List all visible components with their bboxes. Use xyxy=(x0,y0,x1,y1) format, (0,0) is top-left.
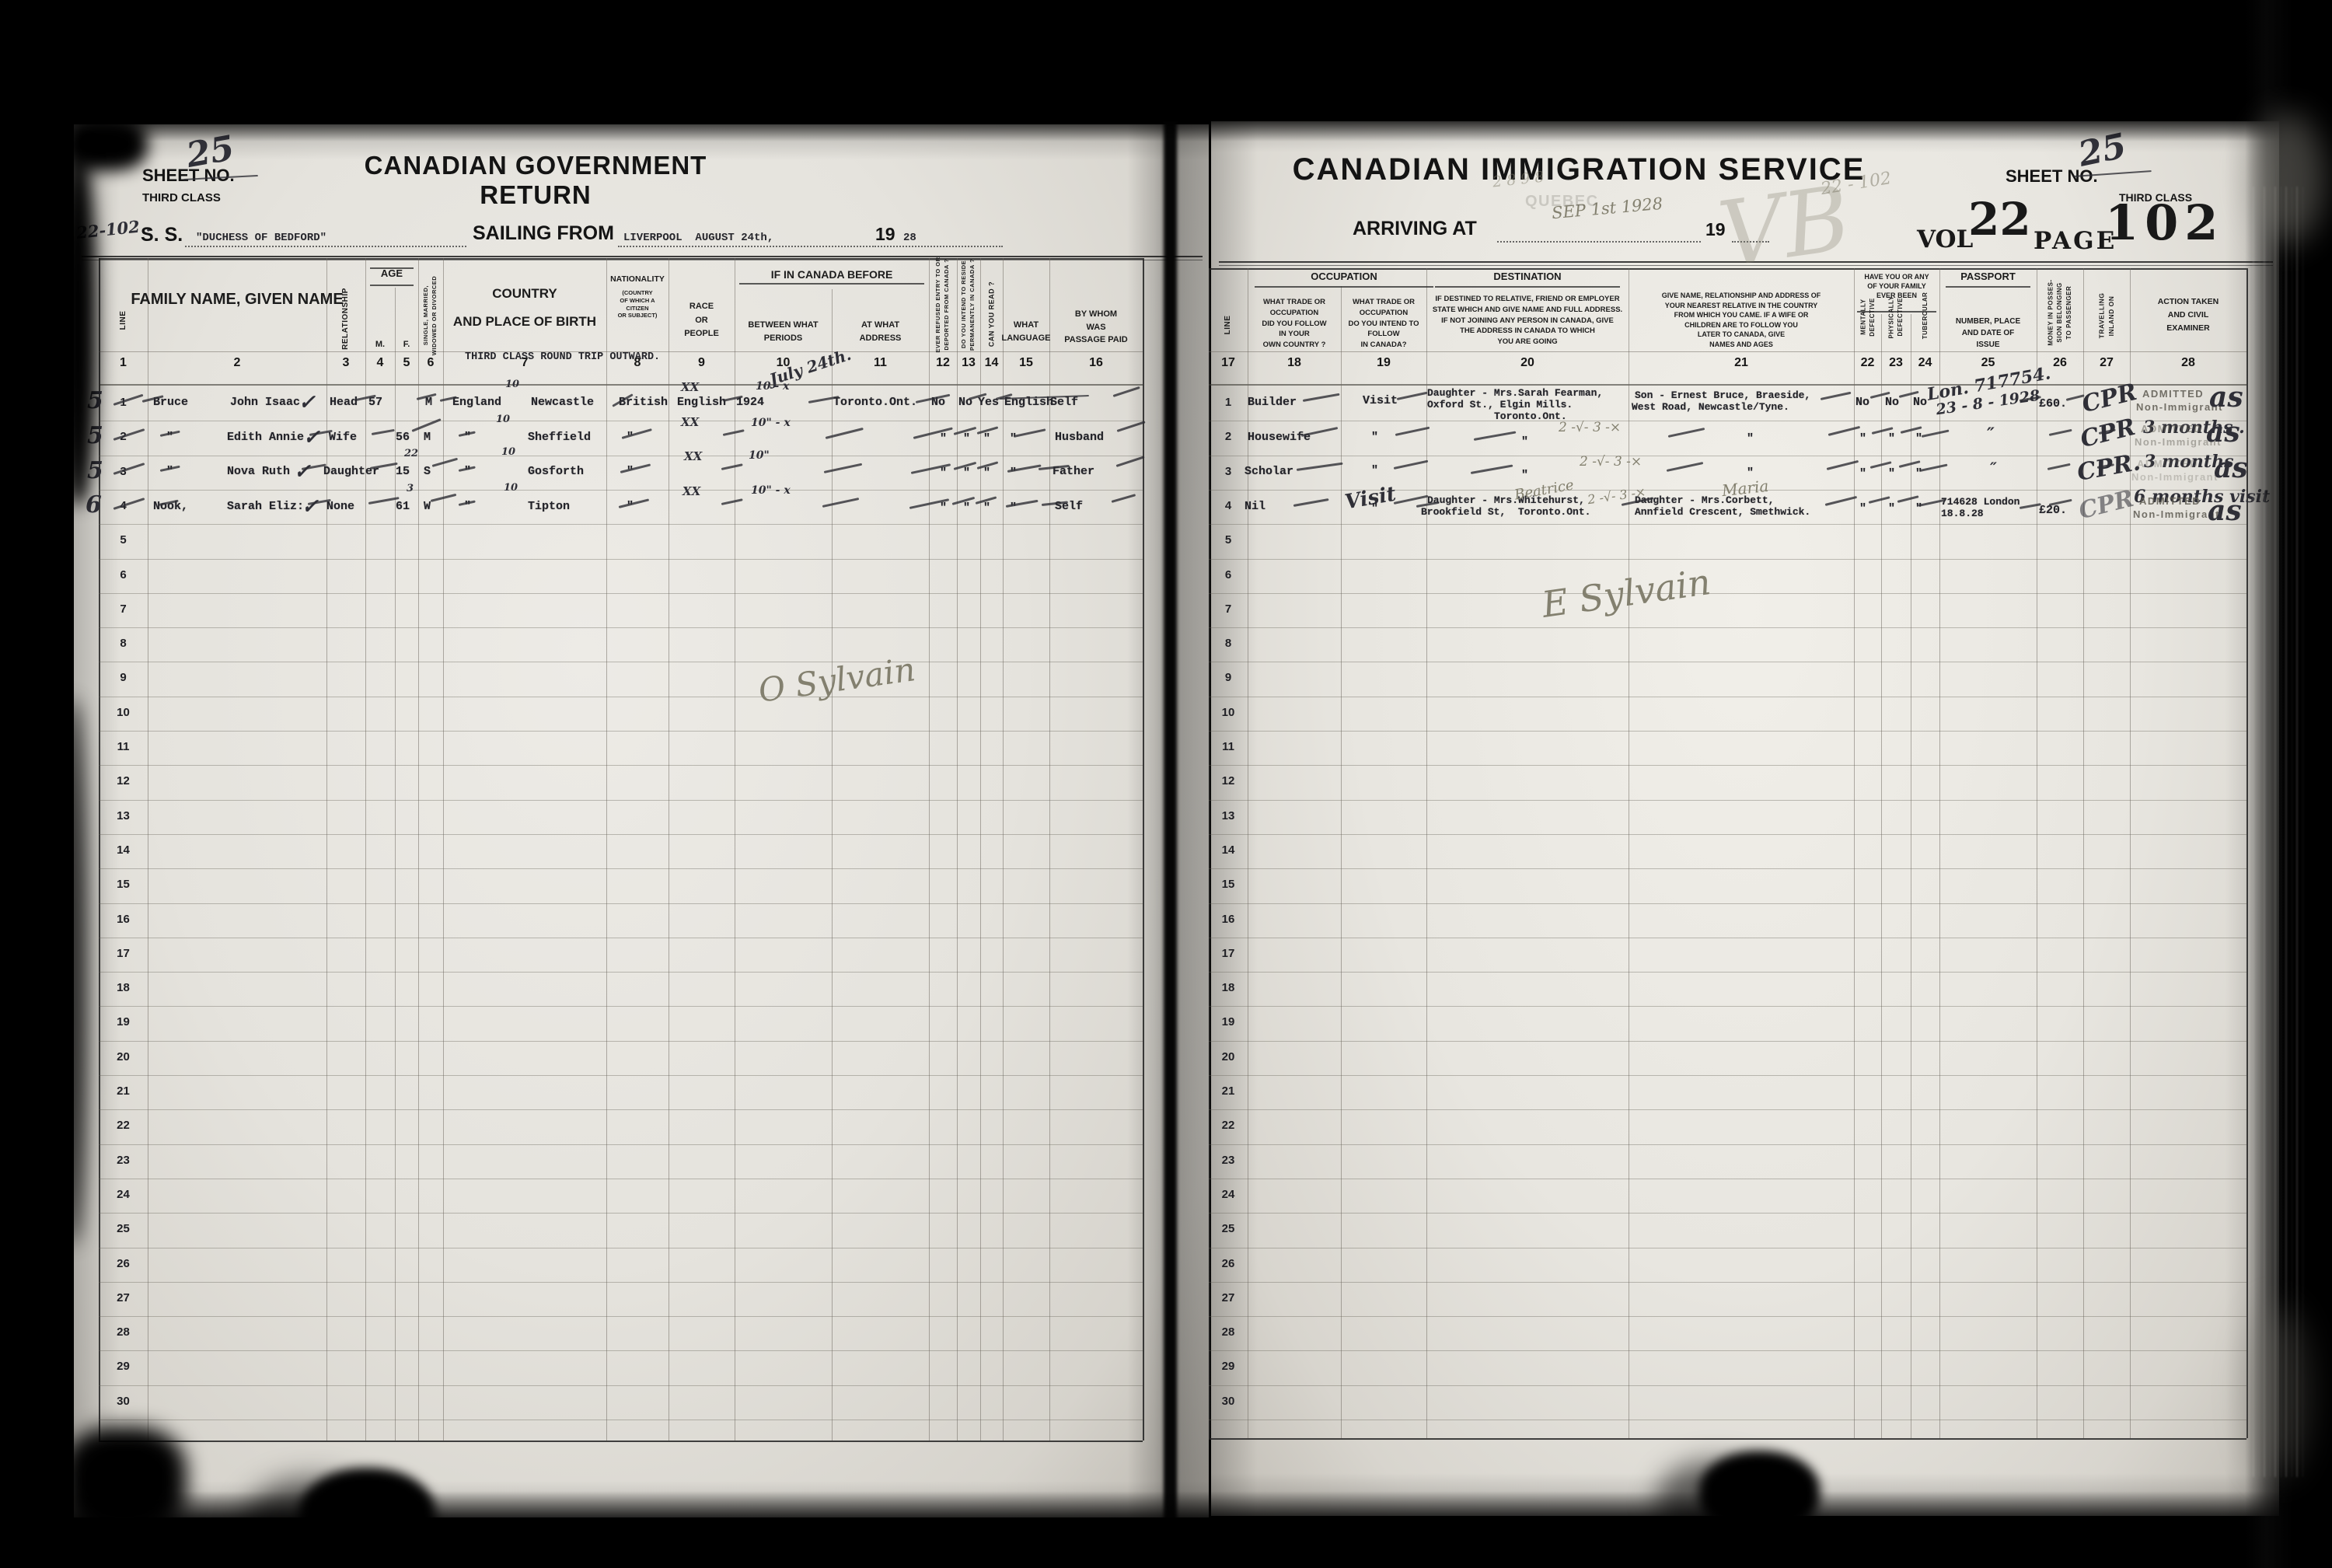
handwritten-note: 2 -√- 3 -× xyxy=(1580,454,1642,470)
typed-entry: Housewife xyxy=(1248,431,1311,444)
line-number: 23 xyxy=(1222,1154,1235,1167)
grid-vline xyxy=(2037,268,2037,1438)
column-header-14: CAN YOU READ ? xyxy=(986,281,997,347)
line-number: 18 xyxy=(117,981,130,994)
grid-vline xyxy=(443,258,444,1441)
column-header-9: RACE OR PEOPLE xyxy=(684,300,719,341)
left-header-rule xyxy=(82,256,1203,257)
typed-entry: £20. xyxy=(2039,504,2067,517)
sailing-from-value: LIVERPOOL AUGUST 24th, xyxy=(623,232,773,244)
typed-entry: " xyxy=(1888,432,1895,445)
grid-hline xyxy=(1209,765,2246,766)
line-number: 6 xyxy=(120,568,126,581)
sailing-from-label: SAILING FROM xyxy=(473,222,614,245)
grid-hline xyxy=(1209,1144,2246,1145)
column-header-1: LINE xyxy=(117,311,129,330)
column-header-12: EVER REFUSED ENTRY TO OR DEPORTED FROM C… xyxy=(934,257,951,352)
typed-entry: West Road, Newcastle/Tyne. xyxy=(1632,401,1789,413)
handwritten-note: 3 xyxy=(407,483,414,494)
grid-hline xyxy=(99,559,1143,560)
grid-hline xyxy=(1209,1075,2246,1076)
typed-entry: Brookfield St, Toronto.Ont. xyxy=(1421,506,1590,518)
line-number: 22 xyxy=(117,1119,130,1132)
band-passport: PASSPORT xyxy=(1960,271,2016,284)
left-header-rule2 xyxy=(82,260,1203,260)
column-number-27: 27 xyxy=(2100,356,2114,370)
band-destination: DESTINATION xyxy=(1493,271,1561,284)
grid-vline xyxy=(957,258,958,1441)
column-header-8: NATIONALITY xyxy=(610,274,665,285)
band-passport-rule xyxy=(1946,286,2030,288)
grid-hline xyxy=(99,1109,1143,1110)
line-number: 15 xyxy=(117,878,130,891)
grid-hline xyxy=(1209,1316,2246,1317)
handwritten-note: ✓ xyxy=(303,426,320,449)
column-number-3: 3 xyxy=(343,356,350,370)
grid-hline xyxy=(1209,1109,2246,1110)
handwritten-note: 10 - x xyxy=(756,380,789,393)
column-number-24: 24 xyxy=(1918,356,1932,370)
grid-hline xyxy=(1209,559,2246,560)
typed-entry: Nil xyxy=(1245,500,1265,513)
line-number: 11 xyxy=(1222,740,1234,753)
typed-entry: Gosforth xyxy=(528,465,584,478)
grid-hline xyxy=(99,834,1143,835)
grid-hline xyxy=(1209,697,2246,697)
column-header-28: ACTION TAKEN AND CIVIL EXAMINER xyxy=(2158,295,2219,334)
column-number-16: 16 xyxy=(1089,356,1103,370)
grid-hline xyxy=(1209,1438,2246,1440)
grid-hline xyxy=(1209,1041,2246,1042)
grid-hline xyxy=(1209,1213,2246,1214)
grid-vline xyxy=(395,288,396,1441)
grid-hline xyxy=(1209,731,2246,732)
column-header-20: IF DESTINED TO RELATIVE, FRIEND OR EMPLO… xyxy=(1433,294,1622,347)
line-number: 12 xyxy=(117,774,130,787)
typed-entry: " xyxy=(1521,435,1528,449)
column-header-10: BETWEEN WHAT PERIODS xyxy=(748,319,818,344)
arriving-at-label: ARRIVING AT xyxy=(1353,218,1477,240)
line-number: 16 xyxy=(1222,913,1235,926)
typed-entry: Toronto.Ont. xyxy=(1494,410,1567,422)
column-number-22: 22 xyxy=(1861,356,1875,370)
typed-entry: W xyxy=(424,500,431,513)
column-header-4: M. xyxy=(375,339,385,351)
grid-hline xyxy=(1209,1350,2246,1351)
grid-vline xyxy=(1911,314,1911,1438)
typed-entry: 15 xyxy=(396,465,410,478)
typed-entry: £60. xyxy=(2039,397,2067,410)
typed-entry: " xyxy=(1371,464,1378,477)
typed-entry: " xyxy=(963,501,970,515)
typed-entry: 714628 London xyxy=(1941,496,2020,508)
line-number: 26 xyxy=(117,1257,130,1270)
grid-hline xyxy=(1209,868,2246,869)
column-number-6: 6 xyxy=(428,356,435,370)
band-occupation: OCCUPATION xyxy=(1311,271,1377,284)
typed-entry: " xyxy=(1888,502,1895,515)
typed-entry: 61 xyxy=(396,500,410,513)
typed-entry: " xyxy=(1371,431,1378,444)
typed-entry: Son - Ernest Bruce, Braeside, xyxy=(1635,389,1810,401)
handwritten-note: 6 xyxy=(86,491,102,519)
line-number: 17 xyxy=(117,947,130,960)
band-age: AGE xyxy=(381,267,403,281)
line-number: 25 xyxy=(117,1222,130,1235)
line-number: 21 xyxy=(117,1084,130,1098)
column-header-18: WHAT TRADE OR OCCUPATION DID YOU FOLLOW … xyxy=(1262,297,1326,351)
typed-entry: Builder xyxy=(1248,396,1297,409)
column-header-23: PHYSICALLY DEFECTIVE xyxy=(1887,296,1904,339)
typed-entry: Scholar xyxy=(1245,465,1293,478)
grid-vline xyxy=(832,289,833,1441)
handwritten-note: 10" xyxy=(749,449,770,462)
grid-hline xyxy=(99,1179,1143,1179)
grid-hline xyxy=(99,1213,1143,1214)
typed-entry: English xyxy=(677,396,726,409)
column-header-3: RELATIONSHIP xyxy=(340,288,352,350)
grid-hline xyxy=(99,524,1143,525)
line-number: 10 xyxy=(117,706,130,719)
typed-entry: Daughter - Mrs.Whitehurst, xyxy=(1427,494,1585,506)
grid-vline xyxy=(606,258,607,1441)
grid-vline xyxy=(418,258,419,1441)
grid-vline xyxy=(1426,268,1427,1438)
grid-vline xyxy=(1854,268,1855,1438)
vol-label: VOL xyxy=(1917,225,1973,253)
grid-hline xyxy=(1209,627,2246,628)
line-number: 22 xyxy=(1222,1119,1235,1132)
grid-hline xyxy=(99,938,1143,938)
grid-vline xyxy=(1629,268,1629,1438)
trip-note: THIRD CLASS ROUND TRIP OUTWARD. xyxy=(465,351,660,363)
line-number: 7 xyxy=(1225,602,1231,616)
line-number: 27 xyxy=(117,1291,130,1304)
arriving-leader xyxy=(1497,241,1701,243)
vol-value: 22 xyxy=(1968,193,2031,246)
grid-hline xyxy=(1209,1420,2246,1420)
typed-entry: Edith Annie xyxy=(227,431,304,444)
grid-hline xyxy=(1209,662,2246,662)
grid-hline xyxy=(99,1385,1143,1386)
column-number-12: 12 xyxy=(936,356,950,370)
column-number-5: 5 xyxy=(403,356,410,370)
grid-hline xyxy=(1209,456,2246,456)
band-age-rule2 xyxy=(370,285,414,286)
column-number-18: 18 xyxy=(1287,356,1301,370)
grid-hline xyxy=(1209,1248,2246,1248)
grid-hline xyxy=(1209,903,2246,904)
column-header-21: GIVE NAME, RELATIONSHIP AND ADDRESS OF Y… xyxy=(1662,291,1821,350)
sailing-leader xyxy=(618,246,871,247)
line-number: 13 xyxy=(1222,809,1235,822)
grid-hline xyxy=(1209,524,2246,525)
typed-entry: No xyxy=(1913,396,1927,409)
line-number: 6 xyxy=(1225,568,1231,581)
typed-entry: Newcastle xyxy=(531,396,594,409)
stamp-text: ADMITTED xyxy=(2141,423,2202,435)
stamp-text: QUEBEC xyxy=(1525,193,1599,211)
column-header-27: TRAVELLING INLAND ON xyxy=(2097,293,2117,339)
typed-entry: S xyxy=(424,465,431,478)
typed-entry: Wife xyxy=(329,431,357,444)
band-family-rule xyxy=(1857,311,1936,313)
handwritten-note: 10 xyxy=(504,482,518,494)
column-number-13: 13 xyxy=(962,356,976,370)
manifest-scan: SHEET NO. 25 THIRD CLASS 22-102 . CANADI… xyxy=(0,0,2332,1568)
column-number-19: 19 xyxy=(1377,356,1391,370)
grid-hline xyxy=(99,868,1143,869)
typed-entry: Tipton xyxy=(528,500,570,513)
typed-entry: Husband xyxy=(1055,431,1104,444)
column-number-20: 20 xyxy=(1520,356,1534,370)
grid-vline xyxy=(980,258,981,1441)
line-number: 20 xyxy=(1222,1050,1235,1063)
typed-entry: " xyxy=(983,501,990,515)
column-number-1: 1 xyxy=(120,356,127,370)
grid-hline xyxy=(1209,834,2246,835)
line-number: 23 xyxy=(117,1154,130,1167)
line-number: 13 xyxy=(117,809,130,822)
column-number-21: 21 xyxy=(1734,356,1748,370)
grid-vline xyxy=(2246,268,2248,1438)
line-number: 30 xyxy=(117,1395,130,1408)
stamp-text: ADMITTED xyxy=(2139,495,2201,507)
typed-entry: " xyxy=(1915,432,1922,445)
typed-entry: Self xyxy=(1050,396,1078,409)
grid-hline xyxy=(99,731,1143,732)
typed-entry: " xyxy=(1859,467,1866,480)
left-year-value: 28 xyxy=(903,232,916,244)
handwritten-note: 10 xyxy=(496,414,510,425)
grid-vline xyxy=(669,258,669,1441)
line-number: 9 xyxy=(120,671,126,684)
handwritten-note: XX xyxy=(684,449,702,463)
column-header-25: NUMBER, PLACE AND DATE OF ISSUE xyxy=(1956,316,2020,351)
typed-entry: " xyxy=(963,466,970,480)
grid-hline xyxy=(99,662,1143,662)
column-header-17: LINE xyxy=(1223,316,1234,335)
grid-vline xyxy=(929,258,930,1441)
line-number: 28 xyxy=(1222,1325,1235,1339)
column-number-14: 14 xyxy=(985,356,999,370)
typed-entry: " xyxy=(940,501,947,515)
grid-hline xyxy=(99,972,1143,973)
handwritten-note: 5 xyxy=(87,457,103,484)
line-number: 11 xyxy=(117,740,130,753)
band-destination-rule xyxy=(1435,286,1620,288)
grid-hline xyxy=(99,1006,1143,1007)
band-occupation-rule xyxy=(1255,286,1433,288)
handwritten-note: as xyxy=(2209,381,2243,414)
line-number: 9 xyxy=(1225,671,1231,684)
grid-hline xyxy=(1209,1006,2246,1007)
line-number: 16 xyxy=(117,913,130,926)
line-number: 10 xyxy=(1222,706,1235,719)
column-header-16: BY WHOM WAS PASSAGE PAID xyxy=(1064,308,1128,347)
grid-hline xyxy=(99,593,1143,594)
grid-vline xyxy=(735,258,735,1441)
line-number: 14 xyxy=(1222,843,1235,857)
line-number: 26 xyxy=(1222,1257,1235,1270)
left-year-prefix: 19 xyxy=(875,224,895,245)
page-number-value: 102 xyxy=(2105,194,2224,251)
typed-entry: No xyxy=(1855,396,1869,409)
top-black-band xyxy=(0,0,2332,121)
typed-entry: None xyxy=(326,500,354,513)
grid-vline xyxy=(1143,258,1144,1441)
line-number: 14 xyxy=(117,843,130,857)
handwritten-note: 5 xyxy=(87,387,103,414)
typed-entry: Nova Ruth xyxy=(227,465,290,478)
line-number: 7 xyxy=(120,602,126,616)
column-header-19: WHAT TRADE OR OCCUPATION DO YOU INTEND T… xyxy=(1349,297,1419,351)
handwritten-note: 2 -√- 3 -× xyxy=(1559,420,1621,435)
bottom-black-band xyxy=(0,1517,2332,1568)
grid-hline xyxy=(99,627,1143,628)
typed-entry: " xyxy=(1521,469,1528,482)
grid-vline xyxy=(1209,268,1210,1438)
line-number: 21 xyxy=(1222,1084,1235,1098)
grid-hline xyxy=(99,384,1143,386)
line-number: 29 xyxy=(117,1360,130,1373)
grid-hline xyxy=(99,1420,1143,1420)
column-number-11: 11 xyxy=(874,356,887,370)
line-number: 20 xyxy=(117,1050,130,1063)
grid-hline xyxy=(99,1441,1143,1442)
grid-vline xyxy=(1341,286,1342,1438)
stamp-text: Non-Immigrant xyxy=(2131,471,2219,483)
column-header-26: MONEY IN POSSES- SION BELONGING TO PASSE… xyxy=(2047,279,2074,345)
grid-vline xyxy=(148,258,148,1441)
handwritten-note: 10 xyxy=(501,446,515,458)
grid-hline xyxy=(1209,1282,2246,1283)
typed-entry: 18.8.28 xyxy=(1941,508,1984,519)
column-header-7: COUNTRY AND PLACE OF BIRTH xyxy=(453,280,596,335)
ship-name-leader xyxy=(185,246,466,247)
typed-entry: " xyxy=(1747,432,1754,445)
line-number: 12 xyxy=(1222,774,1235,787)
grid-hline xyxy=(1209,1385,2246,1386)
line-number: 3 xyxy=(1225,465,1231,478)
grid-hline xyxy=(99,1248,1143,1248)
stamp-text: ADMITTED xyxy=(2137,458,2198,470)
typed-entry: " xyxy=(983,432,990,445)
grid-hline xyxy=(99,1316,1143,1317)
typed-entry: " xyxy=(963,432,970,445)
typed-entry: Sheffield xyxy=(528,431,591,444)
line-number: 17 xyxy=(1222,947,1235,960)
column-number-2: 2 xyxy=(234,356,241,370)
typed-entry: Daughter - Mrs.Sarah Fearman, xyxy=(1427,387,1603,399)
grid-hline xyxy=(99,456,1143,456)
typed-entry: Toronto.Ont. xyxy=(833,396,917,409)
left-black-band xyxy=(0,0,74,1568)
typed-entry: " xyxy=(983,466,990,480)
column-number-26: 26 xyxy=(2053,356,2067,370)
column-number-28: 28 xyxy=(2181,356,2195,370)
typed-entry: Oxford St., Elgin Mills. xyxy=(1427,399,1573,410)
handwritten-note: 10 xyxy=(505,379,519,390)
column-number-9: 9 xyxy=(698,356,705,370)
column-header-2: FAMILY NAME, GIVEN NAME xyxy=(131,289,343,310)
column-number-7: 7 xyxy=(522,356,529,370)
handwritten-note: ✓ xyxy=(302,495,319,519)
grid-hline xyxy=(1209,593,2246,594)
line-number: 15 xyxy=(1222,878,1235,891)
typed-entry: " xyxy=(1888,467,1895,480)
column-header-13: DO YOU INTEND TO RESIDE PERMANENTLY IN C… xyxy=(960,259,977,351)
handwritten-note: XX xyxy=(681,380,699,394)
handwritten-note: as xyxy=(2206,416,2240,449)
line-number: 24 xyxy=(117,1188,130,1201)
column-header-6: SINGLE, MARRIED, WIDOWED OR DIVORCED xyxy=(422,276,439,355)
column-header-22: MENTALLY DEFECTIVE xyxy=(1859,298,1876,336)
ship-name: "DUCHESS OF BEDFORD" xyxy=(196,232,326,244)
handwritten-note: XX xyxy=(682,484,700,498)
grid-hline xyxy=(99,697,1143,697)
handwritten-note: ✓ xyxy=(294,460,311,484)
typed-entry: 56 xyxy=(396,431,410,444)
line-number: 25 xyxy=(1222,1222,1235,1235)
column-number-8: 8 xyxy=(634,356,641,370)
grid-hline xyxy=(99,800,1143,801)
line-number: 28 xyxy=(117,1325,130,1339)
line-number: 5 xyxy=(120,533,126,547)
column-number-15: 15 xyxy=(1019,356,1033,370)
grid-hline xyxy=(1209,384,2246,386)
typed-entry: Head xyxy=(330,396,358,409)
grid-hline xyxy=(99,1075,1143,1076)
ss-label: S. S. xyxy=(141,224,183,246)
typed-entry: No xyxy=(1885,396,1899,409)
left-page-title: CANADIAN GOVERNMENT RETURN xyxy=(311,151,760,210)
typed-entry: M xyxy=(424,431,431,444)
line-number: 8 xyxy=(1225,637,1231,650)
left-class-label: THIRD CLASS xyxy=(142,191,221,204)
grid-hline xyxy=(99,1041,1143,1042)
grid-hline xyxy=(99,421,1143,421)
stamp-text: ADMITTED xyxy=(2142,388,2204,400)
typed-entry: England xyxy=(452,396,501,409)
handwritten-note: 5 xyxy=(87,422,103,449)
band-canada-rule xyxy=(739,283,924,285)
line-number: 1 xyxy=(1225,396,1231,409)
grid-vline xyxy=(1003,258,1004,1441)
handwritten-note: XX xyxy=(681,415,699,429)
grid-hline xyxy=(1209,938,2246,938)
line-number: 19 xyxy=(1222,1015,1235,1028)
column-header-5: F. xyxy=(403,339,410,351)
handwritten-note: 10" - x xyxy=(751,417,791,429)
line-number: 5 xyxy=(1225,533,1231,547)
handwritten-note: ✓ xyxy=(298,391,316,414)
line-number: 2 xyxy=(1225,430,1231,443)
grid-hline xyxy=(1209,972,2246,973)
column-number-25: 25 xyxy=(1981,356,1995,370)
line-number: 19 xyxy=(117,1015,130,1028)
grid-vline xyxy=(1939,268,1940,1438)
column-number-17: 17 xyxy=(1221,356,1235,370)
grid-hline xyxy=(99,1282,1143,1283)
typed-entry: " xyxy=(1371,502,1378,515)
handwritten-note: ″ xyxy=(1987,424,1995,445)
line-number: 4 xyxy=(1225,499,1231,512)
typed-entry: Visit xyxy=(1363,394,1398,407)
band-family: HAVE YOU OR ANY OF YOUR FAMILY EVER BEEN xyxy=(1864,272,1929,300)
grid-hline xyxy=(1209,800,2246,801)
handwritten-note: ″ xyxy=(1990,459,1997,477)
